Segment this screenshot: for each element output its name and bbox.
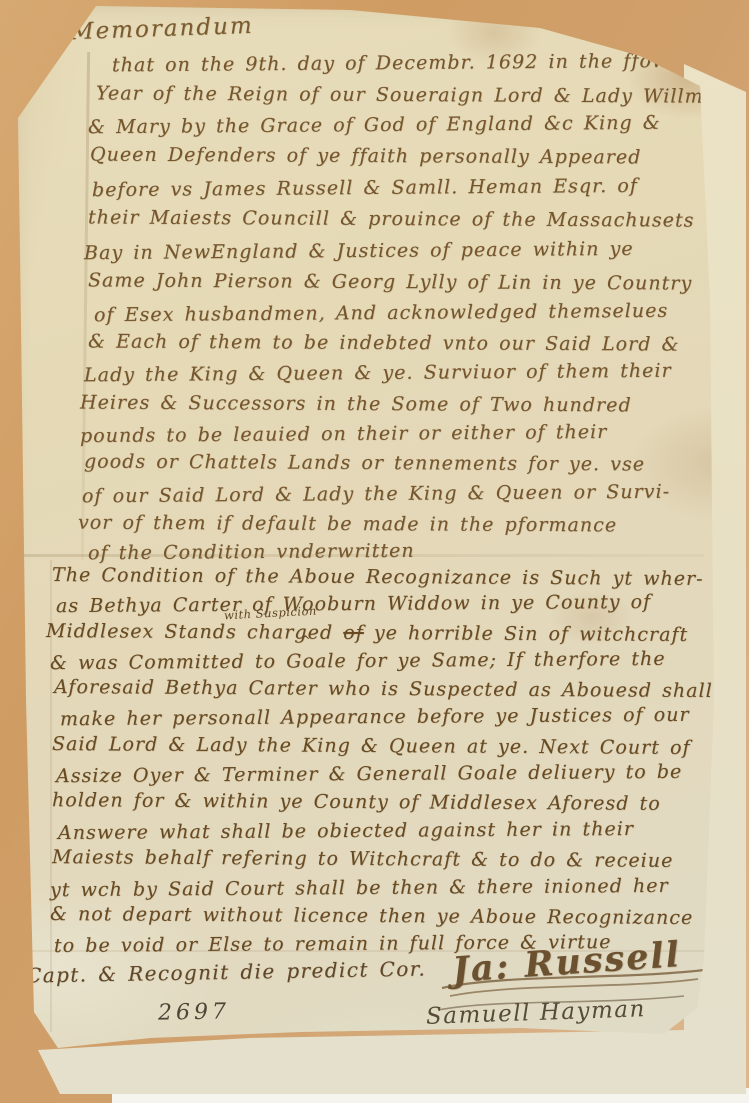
manuscript-line: Same John Pierson & Georg Lylly of Lin i… (88, 269, 692, 294)
manuscript-line: & was Committed to Goale for ye Same; If… (50, 648, 666, 674)
manuscript-line: & Each of them to be indebted vnto our S… (88, 330, 680, 355)
closing-latin-line: Capt. & Recognit die predict Cor. (26, 957, 427, 988)
manuscript-line-charged: Middlesex Stands charged of ye horrible … (46, 620, 688, 646)
manuscript-page: Memorandum that on the 9th. day of Decem… (0, 0, 749, 1103)
manuscript-line: Bay in NewEngland & Justices of peace wi… (84, 238, 634, 264)
manuscript-line: & not depart without licence then ye Abo… (50, 903, 693, 929)
struck-word: of (343, 622, 364, 644)
manuscript-line: of our Said Lord & Lady the King & Queen… (82, 481, 670, 508)
manuscript-line: holden for & within ye County of Middles… (52, 789, 661, 815)
manuscript-line: pounds to be leauied on their or either … (80, 421, 608, 447)
manuscript-line: that on the 9th. day of Decembr. 1692 in… (112, 50, 714, 77)
manuscript-line: Queen Defenders of ye ffaith personally … (90, 144, 642, 169)
manuscript-line: Assize Oyer & Terminer & Generall Goale … (56, 761, 682, 787)
manuscript-line: before vs James Russell & Samll. Heman E… (92, 175, 638, 201)
memorandum-heading: Memorandum (70, 13, 254, 45)
manuscript-line: Said Lord & Lady the King & Queen at ye.… (52, 733, 691, 759)
signature-samuel-hayman: Samuell Hayman (426, 996, 647, 1030)
manuscript-line: Aforesaid Bethya Carter who is Suspected… (54, 676, 713, 702)
caret-mark: ^ (300, 634, 311, 649)
charged-line-post: ye horrible Sin of witchcraft (374, 622, 688, 646)
manuscript-line: Year of the Reign of our Soueraign Lord … (96, 82, 704, 107)
manuscript-line: Answere what shall be obiected against h… (58, 818, 634, 844)
manuscript-line: Heires & Successors in the Some of Two h… (80, 392, 632, 417)
manuscript-line: Lady the King & Queen & ye. Surviuor of … (84, 360, 672, 387)
manuscript-line: The Condition of the Aboue Recognizance … (52, 564, 704, 590)
manuscript-text: Memorandum that on the 9th. day of Decem… (0, 0, 749, 1103)
manuscript-line: of the Condition vnderwritten (88, 540, 415, 565)
manuscript-line: vor of them if default be made in the pf… (78, 512, 617, 537)
manuscript-line: & Mary by the Grace of God of England &c… (88, 112, 661, 138)
manuscript-line: as Bethya Carter of Wooburn Widdow in ye… (56, 591, 651, 617)
archive-number: 2697 (158, 999, 230, 1025)
manuscript-line: goods or Chattels Lands or tennements fo… (84, 451, 645, 476)
manuscript-line: make her personall Appearance before ye … (60, 704, 690, 730)
manuscript-line: Maiests behalf refering to Witchcraft & … (52, 846, 674, 872)
manuscript-line: their Maiests Councill & prouince of the… (88, 206, 695, 231)
manuscript-line: yt wch by Said Court shall be then & the… (50, 875, 669, 901)
charged-line-pre: Middlesex Stands charged (46, 620, 333, 644)
manuscript-line: of Esex husbandmen, And acknowledged the… (94, 300, 668, 327)
photograph: Memorandum that on the 9th. day of Decem… (0, 0, 749, 1103)
